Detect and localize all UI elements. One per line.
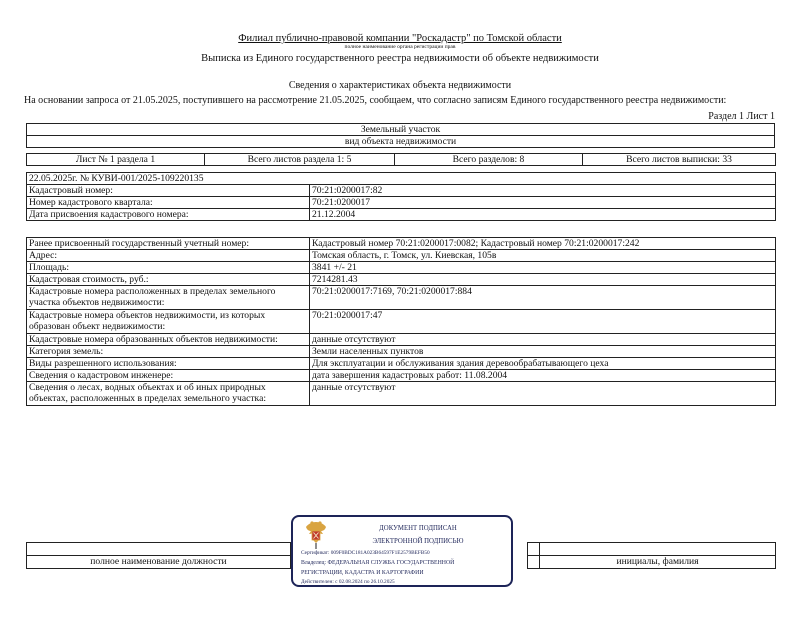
table-row: Адрес: Томская область, г. Томск, ул. Ки… [27,250,776,262]
position-caption: полное наименование должности [27,556,291,569]
page-reference: Раздел 1 Лист 1 [708,111,775,122]
row-label: Кадастровые номера объектов недвижимости… [27,310,310,334]
address: Томская область, г. Томск, ул. Киевская,… [310,250,776,262]
contained-objects: 70:21:0200017:7169, 70:21:0200017:884 [310,286,776,310]
object-type: Земельный участок [27,124,775,136]
row-label: Сведения о кадастровом инженере: [27,370,310,382]
cadastral-quarter: 70:21:0200017 [310,197,776,209]
row-label: Кадастровая стоимость, руб.: [27,274,310,286]
table-row: Площадь: 3841 +/- 21 [27,262,776,274]
name-signature-block: инициалы, фамилия [527,542,776,569]
natural-objects: данные отсутствуют [310,382,776,406]
section-title: Сведения о характеристиках объекта недви… [0,80,800,91]
stamp-validity: Действителен: с 02.08.2024 по 26.10.2025 [301,579,395,585]
row-label: Кадастровые номера образованных объектов… [27,334,310,346]
row-label: Виды разрешенного использования: [27,358,310,370]
name-caption: инициалы, фамилия [540,556,776,569]
characteristics-table: Ранее присвоенный государственный учетны… [26,237,776,406]
sheet-info-table: Лист № 1 раздела 1 Всего листов раздела … [26,153,776,166]
table-row: Кадастровые номера образованных объектов… [27,334,776,346]
stamp-title-line2: ЭЛЕКТРОННОЙ ПОДПИСЬЮ [333,538,503,545]
stamp-owner-line1: Владелец: ФЕДЕРАЛЬНАЯ СЛУЖБА ГОСУДАРСТВЕ… [301,560,454,566]
request-statement: На основании запроса от 21.05.2025, пост… [24,95,726,106]
previous-number: Кадастровый номер 70:21:0200017:0082; Ка… [310,238,776,250]
table-row: Ранее присвоенный государственный учетны… [27,238,776,250]
table-row: Кадастровая стоимость, руб.: 7214281.43 [27,274,776,286]
cadastral-number: 70:21:0200017:82 [310,185,776,197]
row-label: Адрес: [27,250,310,262]
table-row: Виды разрешенного использования: Для экс… [27,358,776,370]
extract-number: 22.05.2025г. № КУВИ-001/2025-109220135 [27,173,776,185]
total-extract-sheets: Всего листов выписки: 33 [583,154,776,166]
registry-organization-name: Филиал публично-правовой компании "Роска… [0,33,800,44]
stamp-owner-line2: РЕГИСТРАЦИИ, КАДАСТРА И КАРТОГРАФИИ [301,570,424,576]
total-sections: Всего разделов: 8 [395,154,583,166]
cadastral-value: 7214281.43 [310,274,776,286]
row-label: Ранее присвоенный государственный учетны… [27,238,310,250]
registration-table: 22.05.2025г. № КУВИ-001/2025-109220135 К… [26,172,776,221]
state-emblem-icon [303,519,329,549]
organization-caption: полное наименование органа регистрации п… [0,44,800,50]
total-section-sheets: Всего листов раздела 1: 5 [205,154,395,166]
table-row: Категория земель: Земли населенных пункт… [27,346,776,358]
permitted-use: Для эксплуатации и обслуживания здания д… [310,358,776,370]
derived-objects: данные отсутствуют [310,334,776,346]
row-label: Дата присвоения кадастрового номера: [27,209,310,221]
row-label: Кадастровый номер: [27,185,310,197]
area: 3841 +/- 21 [310,262,776,274]
table-row: Сведения о лесах, водных объектах и об и… [27,382,776,406]
object-type-table: Земельный участок вид объекта недвижимос… [26,123,775,148]
position-field [27,543,291,556]
table-row: Кадастровый номер: 70:21:0200017:82 [27,185,776,197]
row-label: Сведения о лесах, водных объектах и об и… [27,382,310,406]
divider-cell [528,556,540,569]
table-row: Сведения о кадастровом инженере: дата за… [27,370,776,382]
source-objects: 70:21:0200017:47 [310,310,776,334]
assignment-date: 21.12.2004 [310,209,776,221]
row-label: Категория земель: [27,346,310,358]
cadastral-engineer: дата завершения кадастровых работ: 11.08… [310,370,776,382]
stamp-title-line1: ДОКУМЕНТ ПОДПИСАН [333,525,503,532]
row-label: Площадь: [27,262,310,274]
row-label: Кадастровые номера расположенных в преде… [27,286,310,310]
document-title: Выписка из Единого государственного реес… [0,53,800,64]
object-type-caption: вид объекта недвижимости [27,136,775,148]
table-row: Номер кадастрового квартала: 70:21:02000… [27,197,776,209]
sheet-number: Лист № 1 раздела 1 [27,154,205,166]
table-row: Кадастровые номера расположенных в преде… [27,286,776,310]
position-signature-block: полное наименование должности [26,542,291,569]
electronic-signature-stamp: ДОКУМЕНТ ПОДПИСАН ЭЛЕКТРОННОЙ ПОДПИСЬЮ С… [291,515,513,587]
divider-cell [528,543,540,556]
table-row: Кадастровые номера объектов недвижимости… [27,310,776,334]
table-row: Дата присвоения кадастрового номера: 21.… [27,209,776,221]
name-field [540,543,776,556]
land-category: Земли населенных пунктов [310,346,776,358]
row-label: Номер кадастрового квартала: [27,197,310,209]
stamp-certificate: Сертификат: 009F0BDC181A023B64597F1E2579… [301,550,430,556]
